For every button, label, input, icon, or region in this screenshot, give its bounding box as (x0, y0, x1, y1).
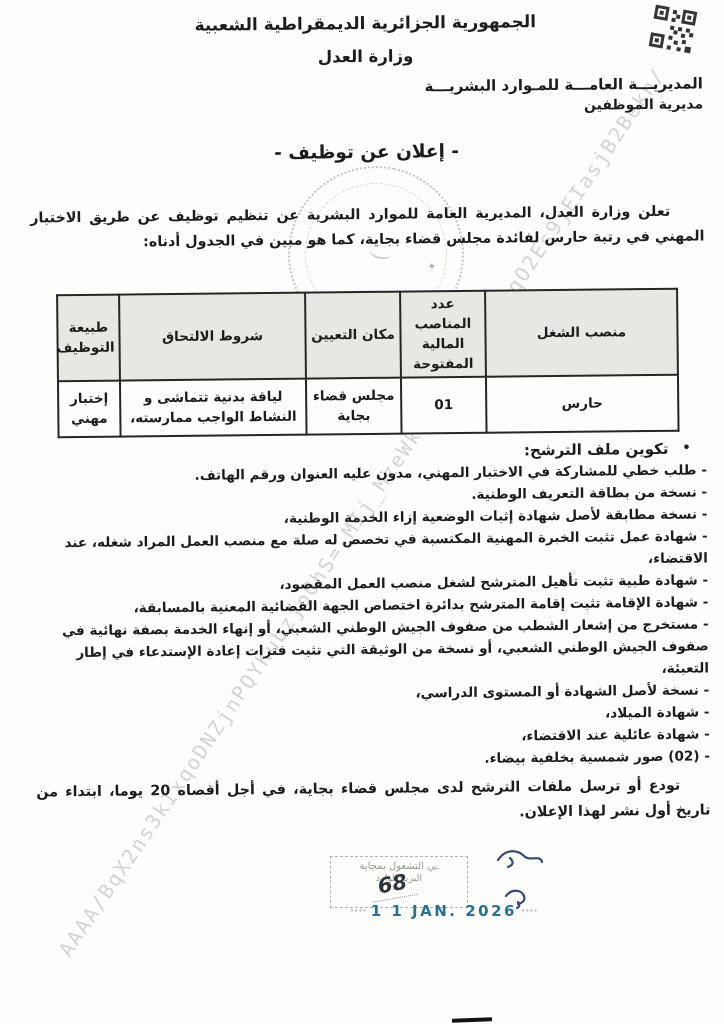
cell-job-position: حارس (486, 375, 679, 433)
list-item: - مستخرج من إشعار الشطب من صفوف الجيش ال… (34, 613, 709, 686)
list-item: - شهادة عمل تثبت الخبرة المهنية المكتسبة… (34, 525, 708, 576)
header-assignment-place: مكان التعيين (305, 292, 401, 379)
announcement-title: - إعلان عن توظيف - (30, 138, 704, 166)
cell-admission-conditions: لياقة بدنية تتماشى و النشاط الواجب ممارس… (120, 379, 307, 437)
table-data-row: حارس 01 مجلس قضاء بجاية لياقة بدنية تتما… (58, 375, 679, 437)
ministry-title: وزارة العدل (29, 43, 703, 69)
hr-directorate: المديريـــة العامـــة للمـوارد البشريـــ… (29, 74, 703, 99)
staff-directorate: مديرية الموظفين (29, 96, 703, 119)
scanned-document-page: AAAA/BqX2ns3kIxqoDNZjnPQYKubzjoGhS=-MIj_… (0, 0, 724, 1024)
header-admission-conditions: شروط الالتحاق (119, 293, 306, 381)
header-job-position: منصب الشغل (485, 289, 678, 377)
republic-title: الجمهورية الجزائرية الديمقراطية الشعبية (28, 10, 702, 37)
closing-paragraph: تودع أو ترسل ملفات الترشح لدى مجلس قضاء … (36, 773, 710, 830)
cell-open-posts: 01 (401, 377, 487, 434)
recruitment-table: منصب الشغل عدد المناصب المالية المفتوحة … (56, 288, 679, 439)
handwritten-annotation (492, 844, 548, 924)
intro-paragraph: تعلن وزارة العدل، المديرية العامة للموار… (30, 199, 704, 256)
file-section-heading-text: تكوين ملف الترشح: (524, 440, 669, 460)
cell-employment-nature: إختبار مهني (58, 381, 121, 438)
issuer-block: المديريـــة العامـــة للمـوارد البشريـــ… (29, 74, 703, 119)
bullet-icon: • (682, 441, 690, 456)
header-open-posts: عدد المناصب المالية المفتوحة (400, 291, 486, 378)
cell-assignment-place: مجلس قضاء بجاية (306, 378, 402, 435)
table-header-row: منصب الشغل عدد المناصب المالية المفتوحة … (57, 289, 678, 381)
file-requirements-list: - طلب خطي للمشاركة في الاختبار المهني، م… (33, 459, 710, 774)
header-employment-nature: طبيعة التوظيف (57, 295, 120, 382)
